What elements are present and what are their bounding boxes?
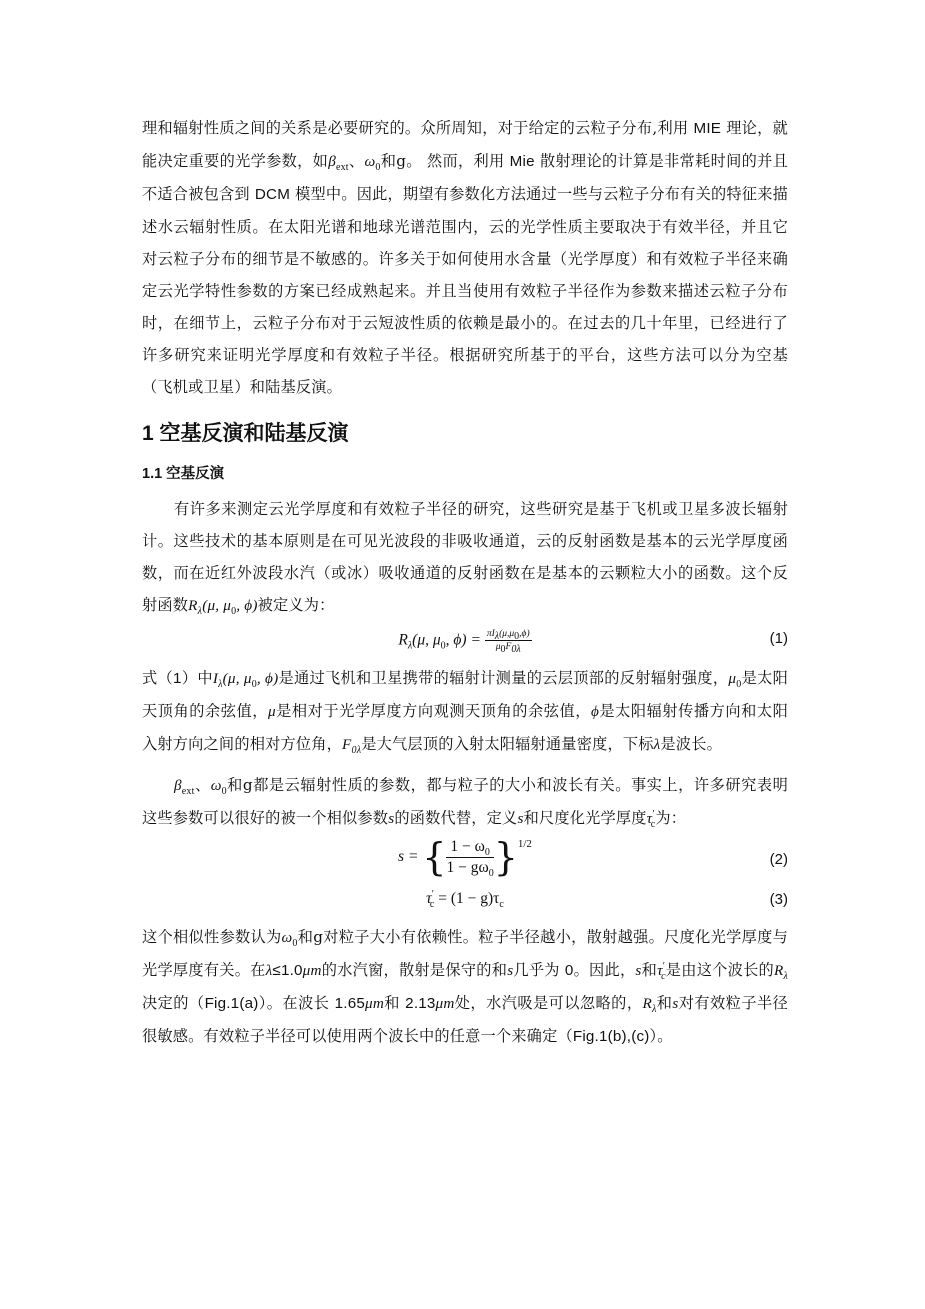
- eq2-fraction: 1 − ω01 − gω0: [446, 837, 493, 878]
- paragraph-similarity-parameter: βext、ω0和g都是云辐射性质的参数，都与粒子的大小和波长有关。事实上，许多研…: [142, 769, 788, 835]
- paragraph-eq1-explanation: 式（1）中Iλ(μ, μ0, ϕ)是通过飞机和卫星携带的辐射计测量的云层顶部的反…: [142, 662, 788, 761]
- equation-number-1: (1): [770, 630, 788, 647]
- document-page: 理和辐射性质之间的关系是必要研究的。众所周知，对于给定的云粒子分布,利用 MIE…: [142, 112, 788, 1053]
- subsection-heading-1-1: 1.1 空基反演: [142, 461, 788, 487]
- equation-number-2: (2): [770, 851, 788, 868]
- equation-number-3: (3): [770, 891, 788, 908]
- equation-1: Rλ(μ, μ0, ϕ) = πIλ(μ,μ0,ϕ) μ0F0λ (1): [142, 622, 788, 662]
- eq1-fraction: πIλ(μ,μ0,ϕ) μ0F0λ: [485, 628, 532, 653]
- intro-paragraph: 理和辐射性质之间的关系是必要研究的。众所周知，对于给定的云粒子分布,利用 MIE…: [142, 112, 788, 403]
- figure-ref-1bc: Fig.1(b),(c): [573, 1028, 650, 1045]
- paragraph-airborne-intro: 有许多来测定云光学厚度和有效粒子半径的研究，这些研究是基于飞机或卫星多波长辐射计…: [142, 493, 788, 622]
- equation-3: τ′c = (1 − g)τc (3): [142, 887, 788, 921]
- equation-2: s = {1 − ω01 − gω0}1/2 (2): [142, 835, 788, 887]
- paragraph-wavelength-sensitivity: 这个相似性参数认为ω0和g对粒子大小有依赖性。粒子半径越小，散射越强。尺度化光学…: [142, 921, 788, 1053]
- section-heading-1: 1 空基反演和陆基反演: [142, 417, 788, 451]
- figure-ref-1a: Fig.1(a): [205, 995, 259, 1012]
